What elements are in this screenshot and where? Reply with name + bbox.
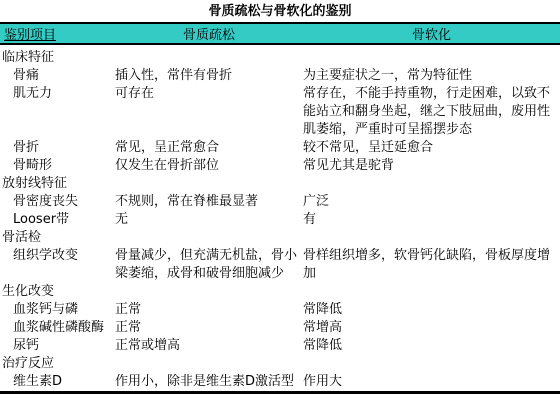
table-row: 尿钙正常或增高常降低 [0, 337, 560, 355]
table-row: 血浆碱性磷酸酶正常常增高 [0, 319, 560, 337]
osteomalacia-value: 有 [303, 211, 560, 229]
osteoporosis-value: 仅发生在骨折部位 [115, 157, 303, 175]
table-row: 骨密度丧失不规则，常在脊椎最显著广泛 [0, 193, 560, 211]
item-label: 骨痛 [0, 67, 115, 85]
table-row: 骨畸形仅发生在骨折部位常见尤其是驼背 [0, 157, 560, 175]
item-label: 肌无力 [0, 85, 115, 139]
header-cell-osteomalacia: 骨软化 [303, 23, 560, 44]
osteomalacia-value: 较不常见，呈迁延愈合 [303, 139, 560, 157]
osteomalacia-value: 骨样组织增多，软骨钙化缺陷，骨板厚度增加 [303, 247, 560, 283]
osteomalacia-value: 常见尤其是驼背 [303, 157, 560, 175]
header-cell-osteoporosis: 骨质疏松 [115, 23, 303, 44]
item-label: 血浆钙与磷 [0, 301, 115, 319]
table-row: 肌无力可存在常存在，不能手持重物，行走困难，以致不能站立和翻身坐起，继之下肢屈曲… [0, 85, 560, 139]
header-label-items: 鉴别项目 [4, 28, 56, 43]
item-label: 血浆碱性磷酸酶 [0, 319, 115, 337]
section-row: 骨活检 [0, 229, 560, 247]
osteoporosis-value: 不规则，常在脊椎最显著 [115, 193, 303, 211]
comparison-table: 鉴别项目 骨质疏松 骨软化 临床特征骨痛插入性，常伴有骨折为主要症状之一，常为特… [0, 22, 560, 394]
item-label: 维生素D [0, 373, 115, 393]
header-row: 鉴别项目 骨质疏松 骨软化 [0, 23, 560, 44]
osteoporosis-value: 常见，呈正常愈合 [115, 139, 303, 157]
item-label: 组织学改变 [0, 247, 115, 283]
osteoporosis-value: 骨量减少，但充满无机盐，骨小梁萎缩，成骨和破骨细胞减少 [115, 247, 303, 283]
section-label: 放射线特征 [0, 175, 560, 193]
section-row: 临床特征 [0, 44, 560, 67]
osteomalacia-value: 广泛 [303, 193, 560, 211]
table-body: 临床特征骨痛插入性，常伴有骨折为主要症状之一，常为特征性肌无力可存在常存在，不能… [0, 44, 560, 393]
osteoporosis-value: 可存在 [115, 85, 303, 139]
table-row: 骨痛插入性，常伴有骨折为主要症状之一，常为特征性 [0, 67, 560, 85]
table-row: 组织学改变骨量减少，但充满无机盐，骨小梁萎缩，成骨和破骨细胞减少骨样组织增多，软… [0, 247, 560, 283]
osteomalacia-value: 常降低 [303, 301, 560, 319]
osteomalacia-value: 常存在，不能手持重物，行走困难，以致不能站立和翻身坐起，继之下肢屈曲，废用性肌萎… [303, 85, 560, 139]
table-header: 鉴别项目 骨质疏松 骨软化 [0, 23, 560, 44]
osteoporosis-value: 插入性，常伴有骨折 [115, 67, 303, 85]
osteoporosis-value: 正常 [115, 319, 303, 337]
item-label: 骨折 [0, 139, 115, 157]
osteoporosis-value: 无 [115, 211, 303, 229]
table-row: 骨折常见，呈正常愈合较不常见，呈迁延愈合 [0, 139, 560, 157]
section-row: 放射线特征 [0, 175, 560, 193]
osteomalacia-value: 为主要症状之一，常为特征性 [303, 67, 560, 85]
osteoporosis-value: 正常 [115, 301, 303, 319]
item-label: Looser带 [0, 211, 115, 229]
osteomalacia-value: 常增高 [303, 319, 560, 337]
osteoporosis-value: 正常或增高 [115, 337, 303, 355]
item-label: 骨畸形 [0, 157, 115, 175]
osteoporosis-value: 作用小，除非是维生素D激活型 [115, 373, 303, 393]
section-row: 生化改变 [0, 283, 560, 301]
osteomalacia-value: 常降低 [303, 337, 560, 355]
table-row: Looser带无有 [0, 211, 560, 229]
table-row: 维生素D作用小，除非是维生素D激活型作用大 [0, 373, 560, 393]
table-row: 血浆钙与磷正常常降低 [0, 301, 560, 319]
item-label: 尿钙 [0, 337, 115, 355]
section-row: 治疗反应 [0, 355, 560, 373]
section-label: 治疗反应 [0, 355, 560, 373]
section-label: 临床特征 [0, 44, 560, 67]
section-label: 生化改变 [0, 283, 560, 301]
section-label: 骨活检 [0, 229, 560, 247]
item-label: 骨密度丧失 [0, 193, 115, 211]
header-cell-items: 鉴别项目 [0, 23, 115, 44]
page-title: 骨质疏松与骨软化的鉴别 [0, 0, 560, 22]
osteomalacia-value: 作用大 [303, 373, 560, 393]
